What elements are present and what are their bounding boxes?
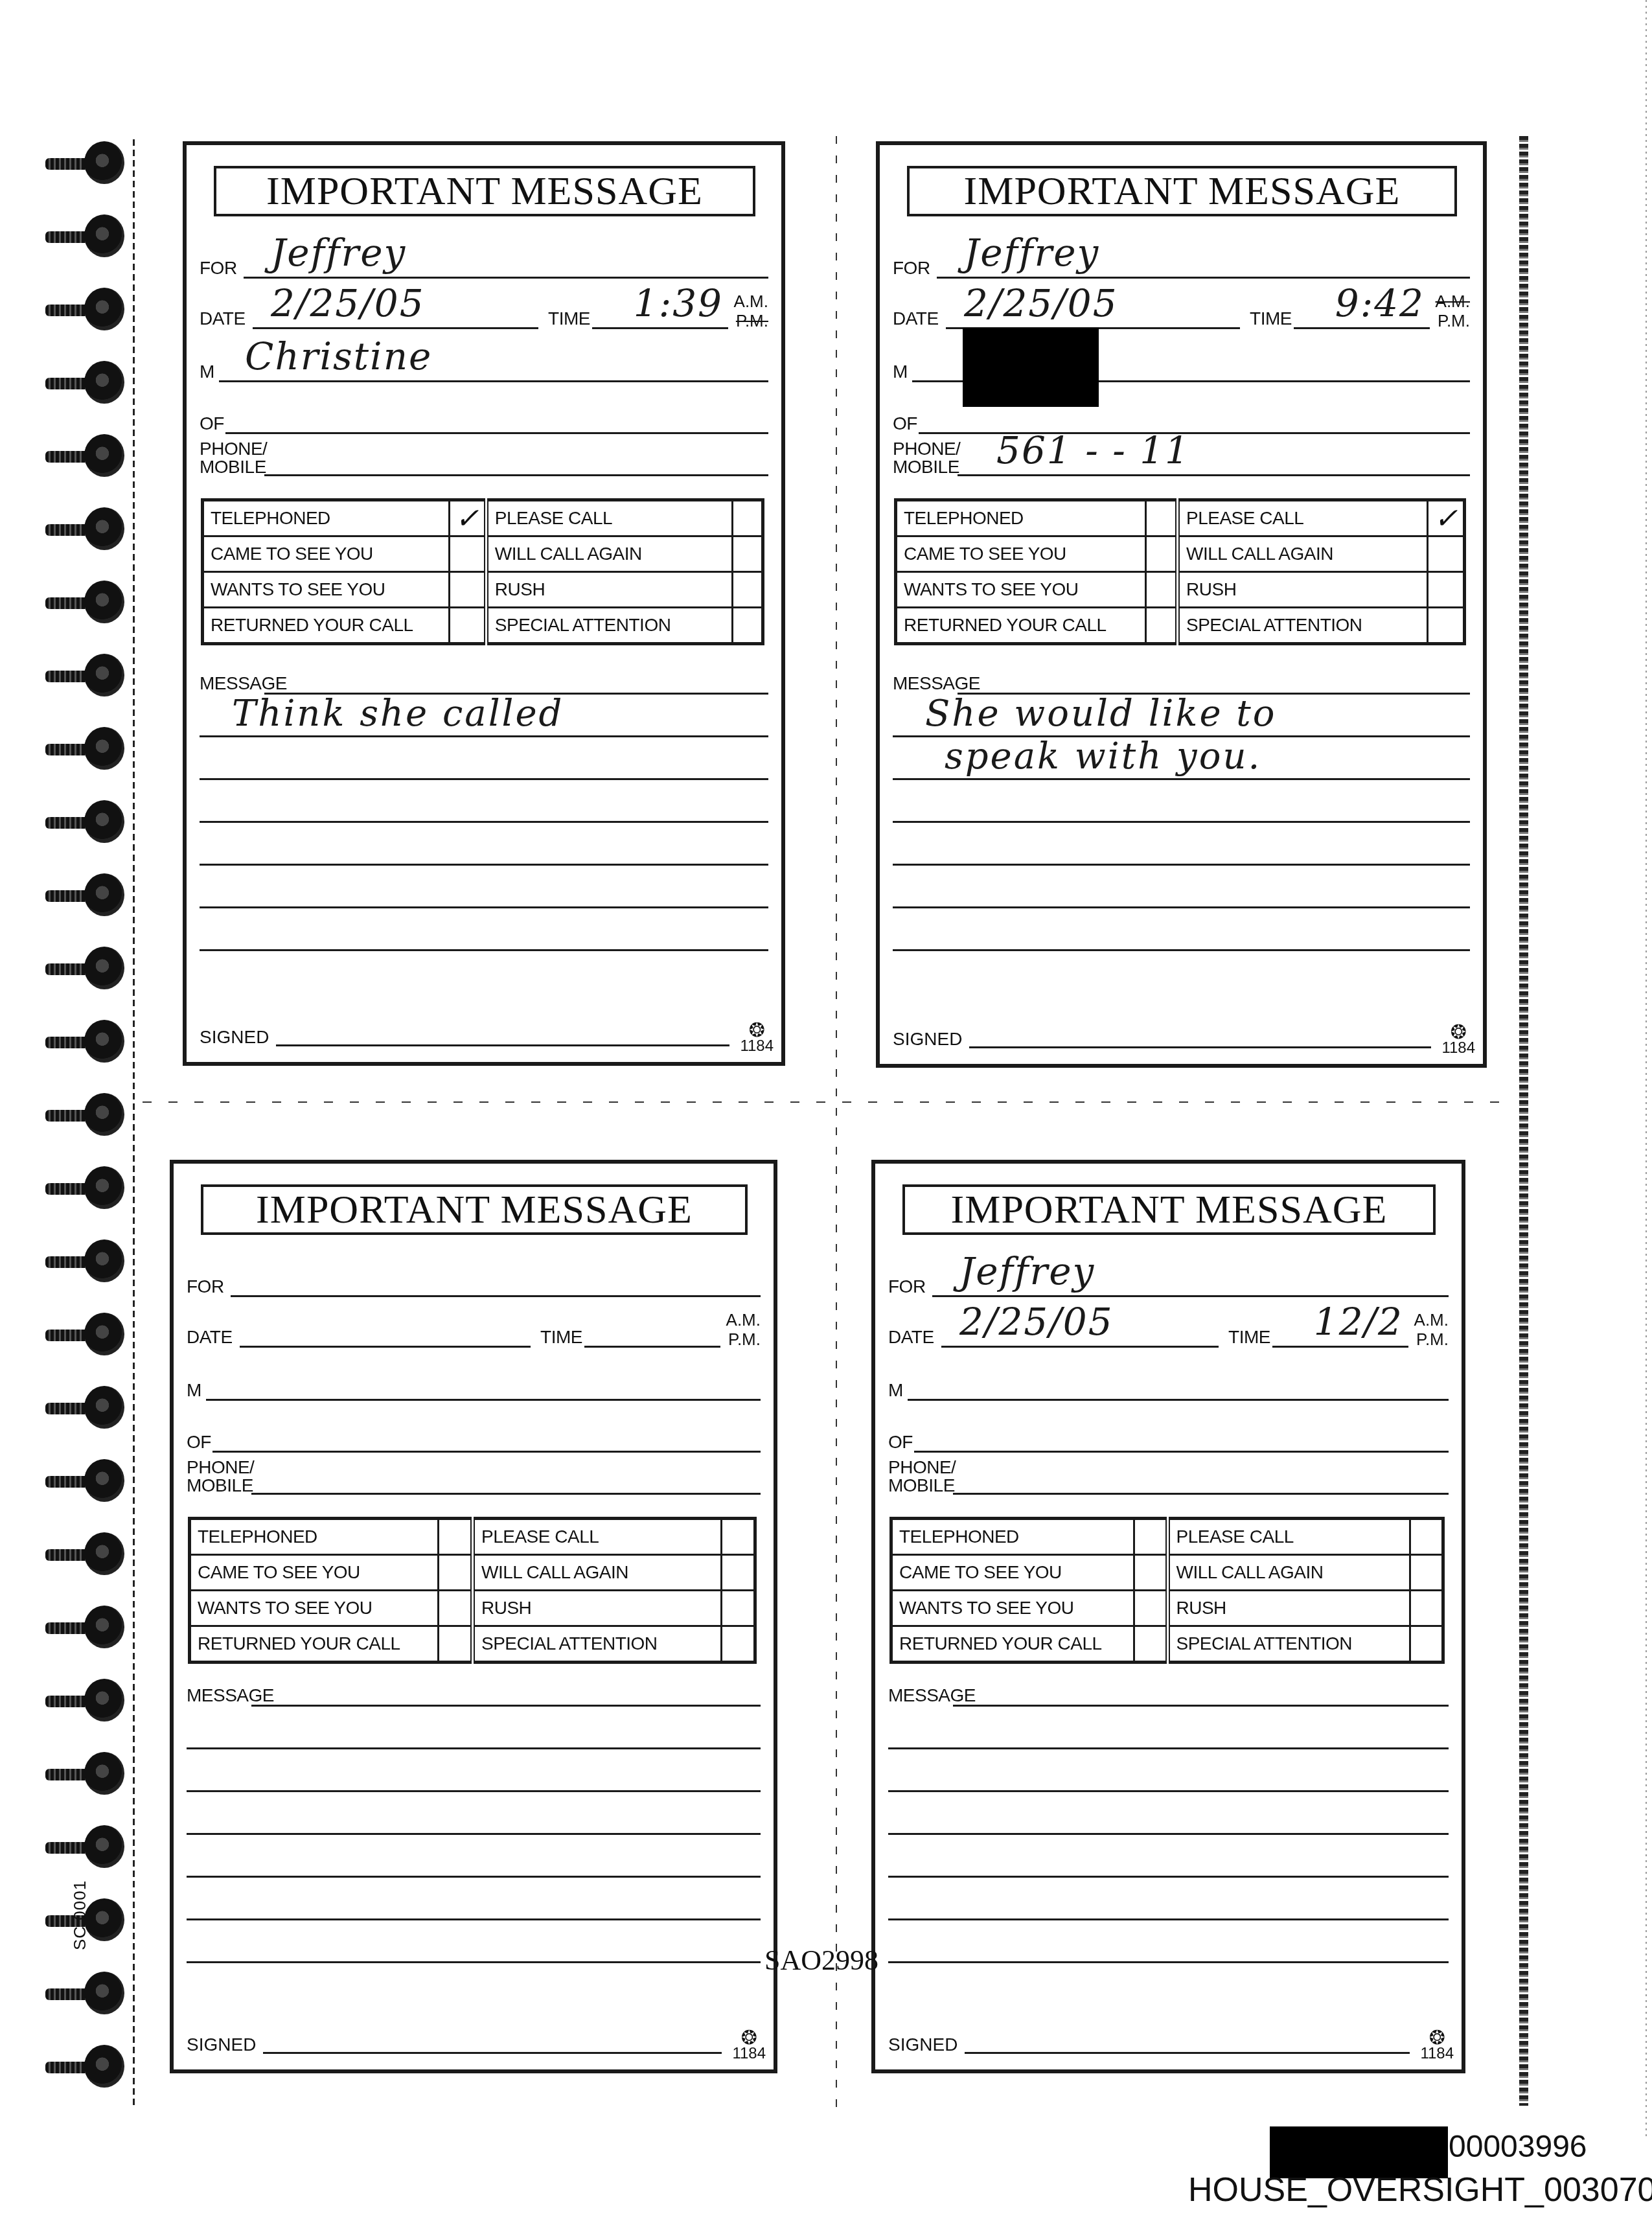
checkbox-label: CAME TO SEE YOU <box>203 536 450 572</box>
phone-field[interactable]: PHONE/MOBILE <box>888 1458 1449 1497</box>
for-field[interactable]: FORJeffrey <box>888 1261 1449 1300</box>
date-time-row: DATE2/25/05TIME9:42A.M.P.M. <box>893 293 1470 332</box>
sao-stamp: SAO2998 <box>764 1944 878 1977</box>
card-title: IMPORTANT MESSAGE <box>214 166 755 216</box>
message-line[interactable] <box>187 1833 761 1835</box>
pm-label: P.M. <box>734 311 768 330</box>
checkbox-label: RUSH <box>1167 1591 1410 1626</box>
for-field-line <box>932 1295 1449 1297</box>
message-line[interactable] <box>888 1833 1449 1835</box>
status-checkbox-grid: TELEPHONEDPLEASE CALLCAME TO SEE YOUWILL… <box>188 1517 757 1664</box>
checkbox-row: CAME TO SEE YOUWILL CALL AGAIN <box>203 536 763 572</box>
message-card-bottom-left: IMPORTANT MESSAGEFORDATETIMEA.M.P.M.MOFP… <box>170 1160 777 2073</box>
checkbox-label: PLEASE CALL <box>1178 500 1428 536</box>
spiral-ring <box>39 1454 136 1506</box>
form-number: ❂1184 <box>740 1023 774 1054</box>
am-label: A.M. <box>1414 1310 1449 1330</box>
of-field-label: OF <box>888 1432 913 1453</box>
date-label: DATE <box>888 1327 934 1348</box>
checkbox-special-attention[interactable] <box>1428 608 1465 644</box>
date-time-row: DATE2/25/05TIME12/2A.M.P.M. <box>888 1311 1449 1350</box>
checkbox-label: CAME TO SEE YOU <box>896 536 1146 572</box>
spiral-code: SC 0001 <box>70 1880 90 1950</box>
checkbox-row: WANTS TO SEE YOURUSH <box>190 1591 755 1626</box>
message-label: MESSAGE <box>200 673 287 694</box>
checkbox-wants-to-see-you[interactable] <box>439 1591 473 1626</box>
phone-line <box>251 1493 761 1495</box>
time-label: TIME <box>540 1327 582 1348</box>
message-line[interactable] <box>888 1790 1449 1792</box>
time-value: 9:42 <box>1335 281 1425 325</box>
for-field[interactable]: FOR <box>187 1261 761 1300</box>
message-line[interactable] <box>893 778 1470 780</box>
checkbox-row: CAME TO SEE YOUWILL CALL AGAIN <box>896 536 1465 572</box>
pm-label: P.M. <box>1436 311 1470 330</box>
of-field-line <box>225 432 768 434</box>
message-label: MESSAGE <box>893 673 980 694</box>
time-label: TIME <box>1228 1327 1270 1348</box>
status-checkbox-grid: TELEPHONEDPLEASE CALLCAME TO SEE YOUWILL… <box>889 1517 1445 1664</box>
from-field-line <box>206 1399 761 1401</box>
checkbox-will-call-again[interactable] <box>1410 1555 1443 1591</box>
title-text: IMPORTANT MESSAGE <box>266 168 703 214</box>
checkbox-label: WILL CALL AGAIN <box>473 1555 722 1591</box>
signed-line[interactable] <box>263 2052 722 2054</box>
checkbox-label: PLEASE CALL <box>473 1519 722 1555</box>
of-field[interactable]: OF <box>888 1416 1449 1455</box>
message-line[interactable] <box>200 906 768 908</box>
checkbox-label: WANTS TO SEE YOU <box>896 572 1146 608</box>
message-line[interactable] <box>200 949 768 951</box>
phone-label-1: PHONE/ <box>888 1458 956 1477</box>
of-field-label: OF <box>893 413 917 434</box>
spiral-ring <box>39 1527 136 1579</box>
checkbox-please-call[interactable] <box>722 1519 755 1555</box>
checkbox-label: WANTS TO SEE YOU <box>891 1591 1134 1626</box>
status-checkbox-grid: TELEPHONED✓PLEASE CALLCAME TO SEE YOUWIL… <box>201 498 764 645</box>
message-text: Think she called <box>232 693 564 735</box>
card-title: IMPORTANT MESSAGE <box>907 166 1457 216</box>
checkbox-row: RETURNED YOUR CALLSPECIAL ATTENTION <box>896 608 1465 644</box>
form-number-text: 1184 <box>1420 2045 1454 2062</box>
checkbox-row: TELEPHONED✓PLEASE CALL <box>203 500 763 536</box>
checkbox-label: CAME TO SEE YOU <box>190 1555 439 1591</box>
checkbox-label: RETURNED YOUR CALL <box>190 1626 439 1663</box>
form-number: ❂1184 <box>732 2031 766 2062</box>
checkbox-label: RUSH <box>486 572 733 608</box>
spiral-ring <box>39 575 136 627</box>
am-label: A.M. <box>734 292 768 311</box>
phone-label: PHONE/MOBILE <box>187 1458 254 1495</box>
spiral-ring <box>39 795 136 847</box>
time-value: 12/2 <box>1314 1300 1403 1344</box>
spiral-ring <box>39 1015 136 1066</box>
time-label: TIME <box>1250 308 1292 329</box>
checkbox-label: SPECIAL ATTENTION <box>1167 1626 1410 1663</box>
phone-line <box>953 1493 1449 1495</box>
checkbox-wants-to-see-you[interactable] <box>449 572 486 608</box>
am-pm-selector[interactable]: A.M.P.M. <box>1414 1310 1449 1349</box>
card-title: IMPORTANT MESSAGE <box>902 1184 1436 1235</box>
message-line <box>953 1705 1449 1707</box>
checkbox-label: SPECIAL ATTENTION <box>486 608 733 644</box>
phone-label-1: PHONE/ <box>200 440 267 458</box>
checkbox-telephoned[interactable] <box>439 1519 473 1555</box>
checkbox-label: SPECIAL ATTENTION <box>1178 608 1428 644</box>
of-field-line <box>914 1451 1449 1453</box>
phone-line <box>958 474 1470 476</box>
spiral-ring <box>39 1674 136 1725</box>
checkbox-row: RETURNED YOUR CALLSPECIAL ATTENTION <box>891 1626 1443 1663</box>
bates-number: 00003996 <box>1449 2129 1587 2165</box>
checkbox-came-to-see-you[interactable] <box>439 1555 473 1591</box>
pm-label: P.M. <box>1414 1330 1449 1349</box>
checkbox-returned-your-call[interactable] <box>1146 608 1178 644</box>
checkbox-telephoned[interactable]: ✓ <box>449 500 486 536</box>
checkbox-label: WANTS TO SEE YOU <box>203 572 450 608</box>
signed-label: SIGNED <box>200 1027 269 1048</box>
checkbox-will-call-again[interactable] <box>733 536 763 572</box>
for-field[interactable]: FORJeffrey <box>893 242 1470 281</box>
checkbox-special-attention[interactable] <box>722 1626 755 1663</box>
from-field-label: M <box>200 362 214 382</box>
for-field-value: Jeffrey <box>271 231 406 275</box>
checkbox-label: WILL CALL AGAIN <box>486 536 733 572</box>
message-line[interactable] <box>893 906 1470 908</box>
for-field-value: Jeffrey <box>964 231 1099 275</box>
phone-label: PHONE/MOBILE <box>893 440 960 476</box>
message-line[interactable] <box>187 1918 761 1920</box>
date-label: DATE <box>893 308 939 329</box>
date-value: 2/25/05 <box>271 281 425 325</box>
message-line[interactable] <box>888 1876 1449 1878</box>
checkbox-rush[interactable] <box>733 572 763 608</box>
checkbox-label: PLEASE CALL <box>1167 1519 1410 1555</box>
message-line[interactable] <box>187 1961 761 1963</box>
form-number: ❂1184 <box>1420 2031 1454 2062</box>
checkbox-returned-your-call[interactable] <box>449 608 486 644</box>
spiral-ring <box>39 1307 136 1359</box>
phone-label-2: MOBILE <box>200 458 267 476</box>
message-label: MESSAGE <box>187 1685 274 1706</box>
message-line[interactable] <box>893 864 1470 866</box>
of-field-label: OF <box>187 1432 211 1453</box>
am-label: A.M. <box>1436 292 1470 311</box>
from-field-line <box>908 1399 1449 1401</box>
phone-label-1: PHONE/ <box>893 440 960 458</box>
date-line[interactable] <box>240 1346 531 1348</box>
spiral-ring <box>39 282 136 334</box>
checkbox-label: PLEASE CALL <box>486 500 733 536</box>
checkbox-label: TELEPHONED <box>891 1519 1134 1555</box>
checkbox-will-call-again[interactable] <box>722 1555 755 1591</box>
message-line[interactable] <box>200 864 768 866</box>
spiral-ring <box>39 941 136 993</box>
for-field-label: FOR <box>888 1276 926 1297</box>
title-text: IMPORTANT MESSAGE <box>256 1187 693 1233</box>
checkbox-row: RETURNED YOUR CALLSPECIAL ATTENTION <box>203 608 763 644</box>
from-field[interactable]: M <box>888 1365 1449 1403</box>
title-text: IMPORTANT MESSAGE <box>964 168 1401 214</box>
brand-logo-icon: ❂ <box>740 1023 774 1039</box>
am-pm-selector[interactable]: A.M.P.M. <box>726 1310 761 1349</box>
date-time-row: DATE2/25/05TIME1:39A.M.P.M. <box>200 293 768 332</box>
pm-label: P.M. <box>726 1330 761 1349</box>
checkbox-row: CAME TO SEE YOUWILL CALL AGAIN <box>190 1555 755 1591</box>
title-text: IMPORTANT MESSAGE <box>951 1187 1388 1233</box>
date-line[interactable] <box>941 1346 1219 1348</box>
checkbox-row: RETURNED YOUR CALLSPECIAL ATTENTION <box>190 1626 755 1663</box>
phone-field[interactable]: PHONE/MOBILE561 - - 11 <box>893 440 1470 479</box>
spiral-ring <box>39 136 136 188</box>
brand-logo-icon: ❂ <box>732 2031 766 2046</box>
time-line[interactable] <box>592 327 728 329</box>
spiral-ring <box>39 209 136 261</box>
perforation-horizontal <box>143 1101 1516 1103</box>
checkbox-label: RUSH <box>1178 572 1428 608</box>
from-field-label: M <box>187 1380 201 1401</box>
from-field[interactable]: M <box>187 1365 761 1403</box>
signed-label: SIGNED <box>893 1029 962 1050</box>
for-field-line <box>231 1295 761 1297</box>
checkbox-row: CAME TO SEE YOUWILL CALL AGAIN <box>891 1555 1443 1591</box>
checkbox-label: WANTS TO SEE YOU <box>190 1591 439 1626</box>
message-line[interactable] <box>888 1918 1449 1920</box>
message-card-top-right: IMPORTANT MESSAGEFORJeffreyDATE2/25/05TI… <box>876 141 1487 1068</box>
date-time-row: DATETIMEA.M.P.M. <box>187 1311 761 1350</box>
checkbox-please-call[interactable] <box>1410 1519 1443 1555</box>
time-line[interactable] <box>1294 327 1430 329</box>
phone-label-2: MOBILE <box>888 1477 956 1495</box>
checkbox-special-attention[interactable] <box>1410 1626 1443 1663</box>
checkbox-will-call-again[interactable] <box>1428 536 1465 572</box>
status-checkbox-grid: TELEPHONEDPLEASE CALL✓CAME TO SEE YOUWIL… <box>894 498 1466 645</box>
phone-label: PHONE/MOBILE <box>888 1458 956 1495</box>
form-number-text: 1184 <box>1441 1039 1475 1057</box>
checkbox-came-to-see-you[interactable] <box>1146 536 1178 572</box>
spiral-ring <box>39 1161 136 1213</box>
from-field[interactable]: MChristine <box>200 346 768 385</box>
phone-label-2: MOBILE <box>893 458 960 476</box>
checkbox-row: WANTS TO SEE YOURUSH <box>203 572 763 608</box>
brand-logo-icon: ❂ <box>1441 1025 1475 1041</box>
of-field[interactable]: OF <box>187 1416 761 1455</box>
spiral-ring <box>39 1234 136 1286</box>
checkbox-label: CAME TO SEE YOU <box>891 1555 1134 1591</box>
time-value: 1:39 <box>634 281 723 325</box>
for-field-line <box>937 277 1470 279</box>
message-label: MESSAGE <box>888 1685 976 1706</box>
checkbox-row: TELEPHONEDPLEASE CALL <box>190 1519 755 1555</box>
date-label: DATE <box>187 1327 233 1348</box>
checkbox-special-attention[interactable] <box>733 608 763 644</box>
of-field-label: OF <box>200 413 224 434</box>
signed-line[interactable] <box>969 1046 1431 1048</box>
spiral-ring <box>39 1747 136 1799</box>
signed-line[interactable] <box>965 2052 1410 2054</box>
date-value: 2/25/05 <box>959 1300 1114 1344</box>
checkbox-rush[interactable] <box>1410 1591 1443 1626</box>
spiral-ring <box>39 356 136 408</box>
message-line[interactable] <box>893 949 1470 951</box>
form-number: ❂1184 <box>1441 1025 1475 1056</box>
checkbox-telephoned[interactable] <box>1134 1519 1167 1555</box>
phone-field[interactable]: PHONE/MOBILE <box>200 440 768 479</box>
am-pm-selector[interactable]: A.M.P.M. <box>734 292 768 330</box>
message-line[interactable] <box>200 778 768 780</box>
spiral-ring <box>39 429 136 481</box>
from-field-value: Christine <box>245 334 432 378</box>
spiral-ring <box>39 2040 136 2091</box>
checkbox-wants-to-see-you[interactable] <box>1146 572 1178 608</box>
perforation-vertical <box>836 136 837 2112</box>
spiral-ring <box>39 502 136 554</box>
checkbox-row: TELEPHONEDPLEASE CALL✓ <box>896 500 1465 536</box>
redaction-block <box>963 328 1099 407</box>
of-field[interactable]: OF <box>200 398 768 437</box>
spiral-ring <box>39 1381 136 1433</box>
form-number-text: 1184 <box>732 2045 766 2062</box>
checkbox-telephoned[interactable] <box>1146 500 1178 536</box>
message-card-top-left: IMPORTANT MESSAGEFORJeffreyDATE2/25/05TI… <box>183 141 785 1066</box>
checkbox-row: WANTS TO SEE YOURUSH <box>896 572 1465 608</box>
time-line[interactable] <box>1272 1346 1408 1348</box>
spiral-ring <box>39 868 136 920</box>
house-oversight-stamp: HOUSE_OVERSIGHT_003070 <box>1188 2171 1652 2209</box>
checkbox-please-call[interactable] <box>733 500 763 536</box>
message-line[interactable] <box>200 735 768 737</box>
for-field-label: FOR <box>893 258 930 279</box>
form-number-text: 1184 <box>740 1037 774 1055</box>
date-label: DATE <box>200 308 246 329</box>
checkbox-row: WANTS TO SEE YOURUSH <box>891 1591 1443 1626</box>
spiral-ring <box>39 1088 136 1140</box>
checkbox-came-to-see-you[interactable] <box>1134 1555 1167 1591</box>
checkbox-label: RETURNED YOUR CALL <box>896 608 1146 644</box>
checkbox-label: WILL CALL AGAIN <box>1167 1555 1410 1591</box>
checkbox-came-to-see-you[interactable] <box>449 536 486 572</box>
scan-edge <box>1646 0 1647 2138</box>
am-pm-selector[interactable]: A.M.P.M. <box>1436 292 1470 330</box>
phone-value: 561 - - 11 <box>996 428 1190 472</box>
phone-field[interactable]: PHONE/MOBILE <box>187 1458 761 1497</box>
am-label: A.M. <box>726 1310 761 1330</box>
message-text: She would like to <box>925 693 1277 735</box>
from-field-line <box>219 380 768 382</box>
of-field-line <box>212 1451 761 1453</box>
checkbox-returned-your-call[interactable] <box>439 1626 473 1663</box>
spiral-ring <box>39 1966 136 2018</box>
for-field-label: FOR <box>200 258 237 279</box>
message-text: speak with you. <box>945 735 1261 777</box>
checkbox-label: TELEPHONED <box>203 500 450 536</box>
checkbox-label: TELEPHONED <box>896 500 1146 536</box>
checkbox-row: TELEPHONEDPLEASE CALL <box>891 1519 1443 1555</box>
message-line[interactable] <box>187 1747 761 1749</box>
card-title: IMPORTANT MESSAGE <box>201 1184 748 1235</box>
message-line[interactable] <box>888 1961 1449 1963</box>
checkbox-returned-your-call[interactable] <box>1134 1626 1167 1663</box>
from-field-label: M <box>893 362 908 382</box>
spiral-ring <box>39 1600 136 1652</box>
checkbox-label: SPECIAL ATTENTION <box>473 1626 722 1663</box>
date-line[interactable] <box>253 327 538 329</box>
checkbox-label: TELEPHONED <box>190 1519 439 1555</box>
phone-label: PHONE/MOBILE <box>200 440 267 476</box>
for-field[interactable]: FORJeffrey <box>200 242 768 281</box>
message-line[interactable] <box>200 821 768 823</box>
message-card-bottom-right: IMPORTANT MESSAGEFORJeffreyDATE2/25/05TI… <box>871 1160 1465 2073</box>
message-line <box>251 1705 761 1707</box>
phone-label-2: MOBILE <box>187 1477 254 1495</box>
spiral-ring <box>39 1820 136 1872</box>
date-value: 2/25/05 <box>964 281 1118 325</box>
time-line[interactable] <box>584 1346 720 1348</box>
phone-label-1: PHONE/ <box>187 1458 254 1477</box>
checkbox-label: RUSH <box>473 1591 722 1626</box>
checkbox-rush[interactable] <box>722 1591 755 1626</box>
message-line[interactable] <box>187 1790 761 1792</box>
checkbox-label: WILL CALL AGAIN <box>1178 536 1428 572</box>
checkbox-label: RETURNED YOUR CALL <box>203 608 450 644</box>
message-line[interactable] <box>888 1747 1449 1749</box>
message-line[interactable] <box>187 1876 761 1878</box>
from-field-label: M <box>888 1380 903 1401</box>
message-line[interactable] <box>893 821 1470 823</box>
checkbox-please-call[interactable]: ✓ <box>1428 500 1465 536</box>
for-field-line <box>244 277 768 279</box>
checkbox-label: RETURNED YOUR CALL <box>891 1626 1134 1663</box>
spiral-binding <box>39 136 143 2099</box>
signed-line[interactable] <box>276 1044 729 1046</box>
for-field-label: FOR <box>187 1276 224 1297</box>
time-label: TIME <box>548 308 590 329</box>
phone-line <box>264 474 768 476</box>
brand-logo-icon: ❂ <box>1420 2031 1454 2046</box>
for-field-value: Jeffrey <box>959 1249 1095 1293</box>
spiral-ring <box>39 722 136 774</box>
checkbox-rush[interactable] <box>1428 572 1465 608</box>
signed-label: SIGNED <box>187 2034 256 2055</box>
checkbox-wants-to-see-you[interactable] <box>1134 1591 1167 1626</box>
pad-right-edge <box>1519 136 1528 2106</box>
signed-label: SIGNED <box>888 2034 958 2055</box>
spiral-ring <box>39 649 136 700</box>
spiral-edge <box>133 139 135 2109</box>
